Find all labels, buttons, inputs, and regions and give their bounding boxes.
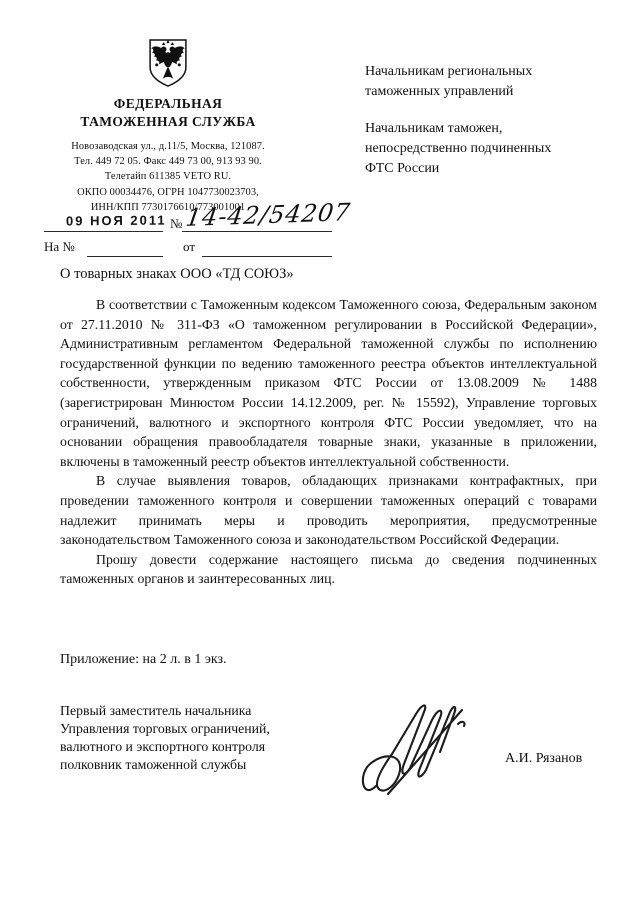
document-page: ФЕДЕРАЛЬНАЯ ТАМОЖЕННАЯ СЛУЖБА Новозаводс… bbox=[0, 0, 640, 900]
on-number-underline bbox=[87, 256, 163, 257]
on-number-label: На № bbox=[44, 239, 75, 255]
letterhead-okpo-ogrn: ОКПО 00034476, ОГРН 1047730023703, bbox=[38, 185, 298, 200]
signer-position: Первый заместитель начальника Управления… bbox=[60, 702, 320, 774]
recipients-block: Начальникам региональных таможенных упра… bbox=[365, 62, 595, 179]
handwritten-document-number: 14-42/54207 bbox=[184, 198, 352, 232]
handwritten-signature bbox=[358, 690, 483, 808]
recipient-1-line1: Начальникам региональных bbox=[365, 62, 595, 82]
from-underline bbox=[202, 256, 332, 257]
number-underline bbox=[182, 231, 332, 232]
coat-of-arms-icon bbox=[147, 39, 189, 88]
body-paragraph-1: В соответствии с Таможенным кодексом Там… bbox=[60, 295, 597, 471]
date-stamp: 09 НОЯ 2011 bbox=[66, 213, 167, 229]
recipient-gap bbox=[365, 102, 595, 119]
recipient-2-line2: непосредственно подчиненных bbox=[365, 139, 595, 159]
date-underline bbox=[44, 231, 163, 232]
letterhead-teletype: Телетайп 611385 VETO RU. bbox=[38, 169, 298, 184]
number-sign-label: № bbox=[170, 216, 182, 232]
org-name-line1: ФЕДЕРАЛЬНАЯ bbox=[38, 95, 298, 113]
signer-position-line1: Первый заместитель начальника bbox=[60, 702, 320, 720]
subject-line: О товарных знаках ООО «ТД СОЮЗ» bbox=[60, 266, 294, 283]
attachment-note: Приложение: на 2 л. в 1 экз. bbox=[60, 652, 227, 668]
recipient-1-line2: таможенных управлений bbox=[365, 82, 595, 102]
letterhead-address: Новозаводская ул., д.11/5, Москва, 12108… bbox=[38, 139, 298, 154]
body-paragraph-2: В случае выявления товаров, обладающих п… bbox=[60, 471, 597, 549]
letterhead-phones: Тел. 449 72 05. Факс 449 73 00, 913 93 9… bbox=[38, 154, 298, 169]
letter-body: В соответствии с Таможенным кодексом Там… bbox=[60, 295, 597, 589]
signer-position-line4: полковник таможенной службы bbox=[60, 756, 320, 774]
signer-name: А.И. Рязанов bbox=[505, 751, 582, 767]
org-name-line2: ТАМОЖЕННАЯ СЛУЖБА bbox=[38, 113, 298, 131]
from-label: от bbox=[183, 239, 195, 255]
signer-position-line3: валютного и экспортного контроля bbox=[60, 738, 320, 756]
signer-position-line2: Управления торговых ограничений, bbox=[60, 720, 320, 738]
recipient-2-line1: Начальникам таможен, bbox=[365, 119, 595, 139]
recipient-2-line3: ФТС России bbox=[365, 159, 595, 179]
body-paragraph-3: Прошу довести содержание настоящего пись… bbox=[60, 550, 597, 589]
organization-name: ФЕДЕРАЛЬНАЯ ТАМОЖЕННАЯ СЛУЖБА bbox=[38, 95, 298, 131]
